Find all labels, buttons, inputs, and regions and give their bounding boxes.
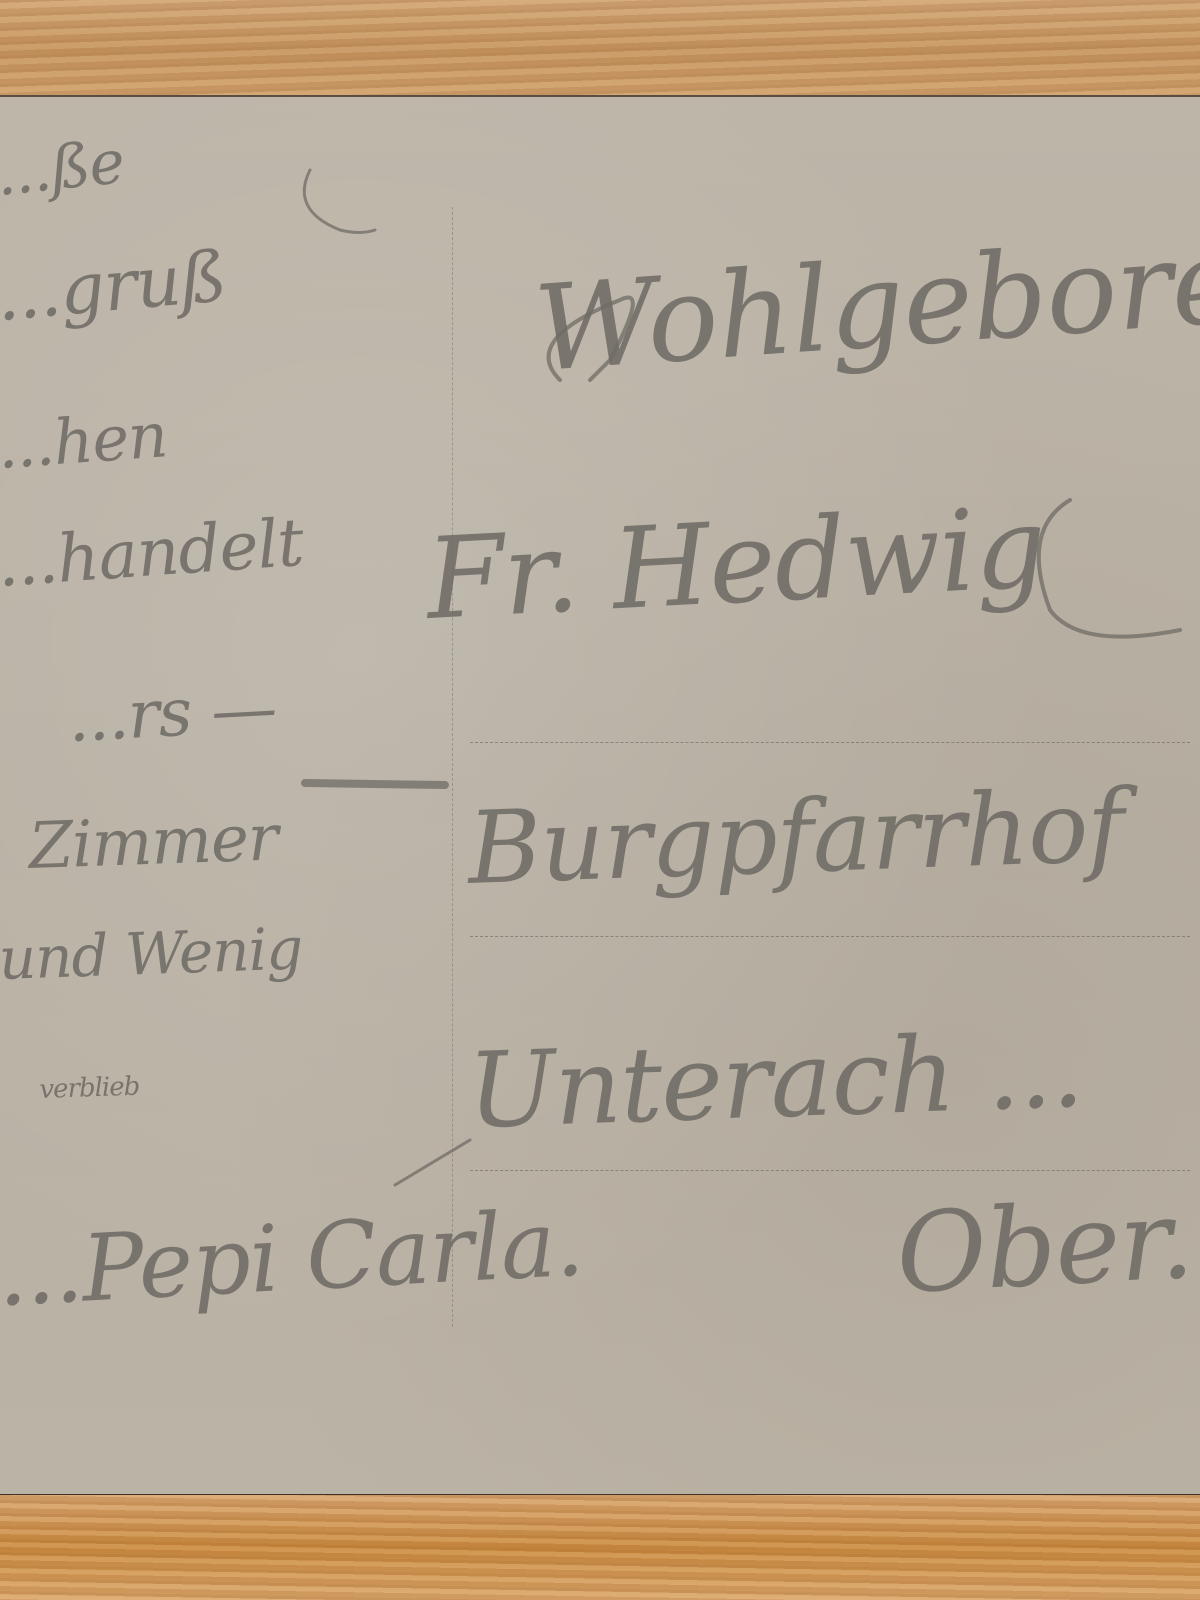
- capital-loop: [1039, 500, 1180, 637]
- wooden-surface-bottom: [0, 1495, 1200, 1600]
- w-capital: [549, 298, 633, 381]
- dash-stroke: [305, 783, 445, 785]
- stroke-arc: [304, 170, 375, 233]
- underline-stroke: [395, 1140, 470, 1185]
- pencil-strokes: [0, 0, 1200, 1600]
